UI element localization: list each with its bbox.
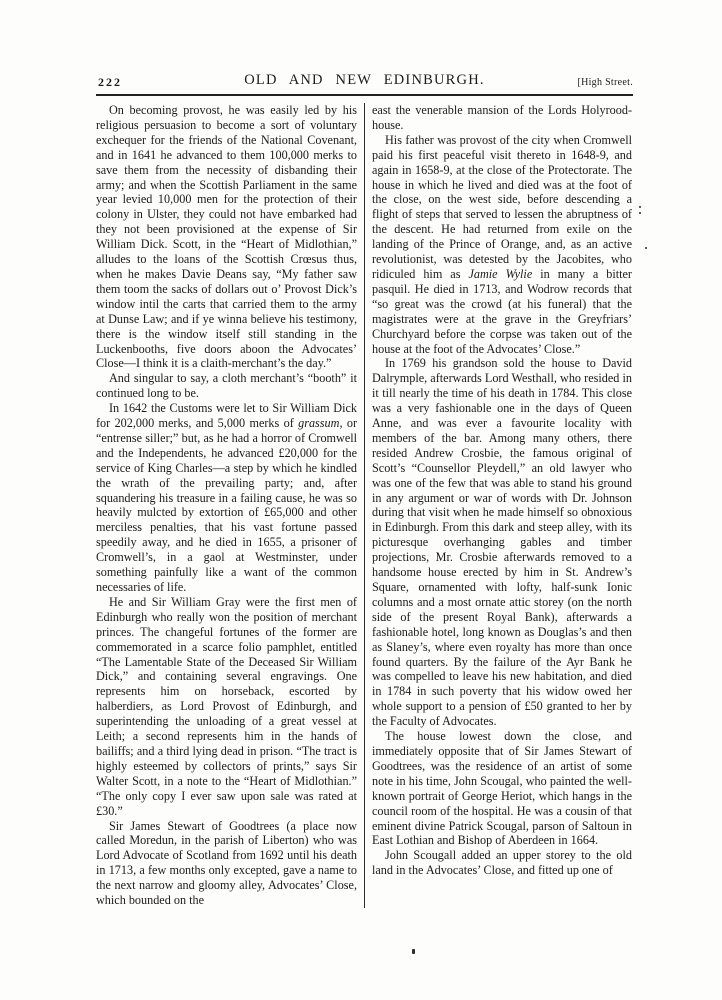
italic-text: grassum [298,416,339,430]
text-run: The house lowest down the close, and imm… [372,729,632,847]
paragraph: Sir James Stewart of Goodtrees (a place … [96,819,357,908]
text-run: On becoming provost, he was easily led b… [96,103,357,370]
paragraph: east the venerable mansion of the Lords … [372,103,632,133]
text-run: east the venerable mansion of the Lords … [372,103,632,132]
italic-text: Jamie Wylie [468,267,532,281]
left-column: On becoming provost, he was easily led b… [96,103,364,908]
scan-artifact [639,206,641,208]
text-run: In 1769 his grandson sold the house to D… [372,356,632,728]
paragraph: His father was provost of the city when … [372,133,632,357]
paragraph: In 1769 his grandson sold the house to D… [372,356,632,729]
paragraph: In 1642 the Customs were let to Sir Will… [96,401,357,595]
paragraph: The house lowest down the close, and imm… [372,729,632,848]
text-block: 222 OLD AND NEW EDINBURGH. [High Street.… [96,71,633,908]
scan-artifact [639,212,641,214]
page-title: OLD AND NEW EDINBURGH. [96,72,633,89]
text-run: Sir James Stewart of Goodtrees (a place … [96,819,357,908]
right-column: east the venerable mansion of the Lords … [364,103,632,908]
book-page: 222 OLD AND NEW EDINBURGH. [High Street.… [0,0,722,1000]
paragraph: On becoming provost, he was easily led b… [96,103,357,371]
text-run: He and Sir William Gray were the first m… [96,595,357,818]
paragraph: John Scougall added an upper storey to t… [372,848,632,878]
columns: On becoming provost, he was easily led b… [96,103,633,908]
scan-artifact [645,247,647,249]
page-header: 222 OLD AND NEW EDINBURGH. [High Street. [96,71,633,92]
scan-artifact [412,949,415,954]
running-head: [High Street. [577,77,633,88]
text-run: John Scougall added an upper storey to t… [372,848,632,877]
text-run: , or “entrense siller;” but, as he had a… [96,416,357,594]
paragraph: And singular to say, a cloth merchant’s … [96,371,357,401]
paragraph: He and Sir William Gray were the first m… [96,595,357,819]
text-run: And singular to say, a cloth merchant’s … [96,371,357,400]
header-rule [96,94,633,96]
text-run: His father was provost of the city when … [372,133,632,281]
